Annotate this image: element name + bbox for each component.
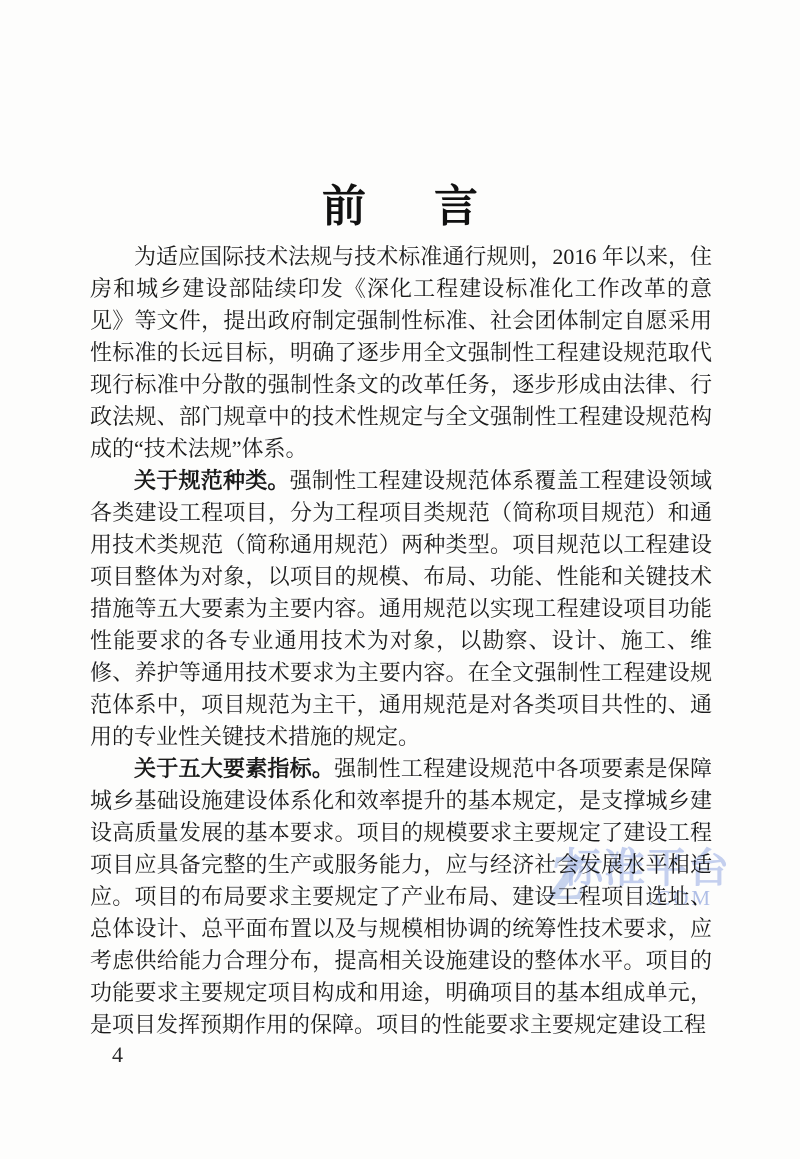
paragraph-1: 为适应国际技术法规与技术标准通行规则，2016 年以来，住房和城乡建设部陆续印发… [90,241,712,465]
document-body: 为适应国际技术法规与技术标准通行规则，2016 年以来，住房和城乡建设部陆续印发… [90,241,712,1041]
paragraph-2-lead: 关于规范种类。 [134,468,290,493]
page-title-char-1: 前 [322,182,366,231]
paragraph-3-lead: 关于五大要素指标。 [134,756,334,781]
document-page: 前言 为适应国际技术法规与技术标准通行规则，2016 年以来，住房和城乡建设部陆… [0,0,800,1159]
page-number: 4 [112,1042,123,1068]
page-title-char-2: 言 [434,182,478,231]
page-title: 前言 [0,179,800,235]
paragraph-2: 关于规范种类。强制性工程建设规范体系覆盖工程建设领域各类建设工程项目，分为工程项… [90,465,712,753]
paragraph-3: 关于五大要素指标。强制性工程建设规范中各项要素是保障城乡基础设施建设体系化和效率… [90,753,712,1041]
